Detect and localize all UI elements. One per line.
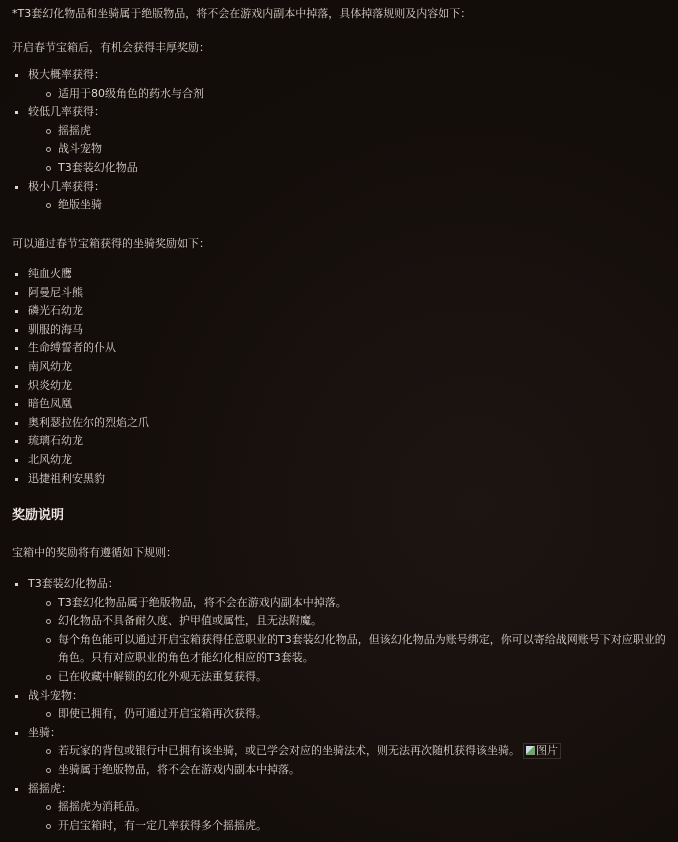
square-bullet-icon — [15, 292, 18, 295]
rule-group: T3套装幻化物品： T3套幻化物品属于绝版物品，将不会在游戏内副本中掉落。 幻化… — [12, 575, 672, 687]
mount-list: 纯血火鹰 阿曼尼斗熊 磷光石幼龙 驯服的海马 生命缚誓者的仆从 南风幼龙 炽炎幼… — [12, 265, 149, 488]
rule-item: 即使已拥有，仍可通过开启宝箱再次获得。 — [28, 705, 672, 724]
rule-item: 开启宝箱时，有一定几率获得多个摇摇虎。 — [28, 817, 672, 836]
rule-item: 坐骑属于绝版物品，将不会在游戏内副本中掉落。 — [28, 761, 672, 780]
mount-name: 琉璃石幼龙 — [28, 434, 83, 447]
broken-image-placeholder[interactable]: 图片 — [523, 743, 561, 759]
rule-item: 若玩家的背包或银行中已拥有该坐骑，或已学会对应的坐骑法术，则无法再次随机获得该坐… — [28, 742, 672, 761]
square-bullet-icon — [15, 478, 18, 481]
rule-group-label: 坐骑： — [28, 726, 61, 739]
mount-name: 磷光石幼龙 — [28, 304, 83, 317]
square-bullet-icon — [15, 366, 18, 369]
mount-item: 暗色凤凰 — [12, 395, 149, 414]
square-bullet-icon — [15, 788, 18, 791]
reward-item: 绝版坐骑 — [28, 196, 204, 215]
mount-name: 纯血火鹰 — [28, 267, 72, 280]
rules-list: T3套装幻化物品： T3套幻化物品属于绝版物品，将不会在游戏内副本中掉落。 幻化… — [12, 575, 672, 835]
rule-text: 已在收藏中解锁的幻化外观无法重复获得。 — [58, 670, 267, 683]
mount-name: 炽炎幼龙 — [28, 379, 72, 392]
mount-item: 炽炎幼龙 — [12, 377, 149, 396]
rule-item: 摇摇虎为消耗品。 — [28, 798, 672, 817]
square-bullet-icon — [15, 732, 18, 735]
square-bullet-icon — [15, 111, 18, 114]
square-bullet-icon — [15, 583, 18, 586]
open-chest-text: 开启春节宝箱后，有机会获得丰厚奖励： — [12, 39, 210, 57]
rule-group-label: T3套装幻化物品： — [28, 577, 119, 590]
rule-text: 每个角色能可以通过开启宝箱获得任意职业的T3套装幻化物品，但该幻化物品为账号绑定… — [58, 633, 666, 665]
square-bullet-icon — [15, 186, 18, 189]
circle-bullet-icon — [46, 824, 51, 829]
reward-item: 战斗宠物 — [28, 140, 204, 159]
mount-name: 阿曼尼斗熊 — [28, 286, 83, 299]
image-alt-text: 图片 — [536, 744, 558, 757]
square-bullet-icon — [15, 310, 18, 313]
reward-tier-list: 极大概率获得： 适用于80级角色的药水与合剂 较低几率获得： 摇摇虎 战斗宠物 … — [12, 66, 204, 215]
rule-text: 若玩家的背包或银行中已拥有该坐骑，或已学会对应的坐骑法术，则无法再次随机获得该坐… — [58, 744, 520, 757]
rule-group: 坐骑： 若玩家的背包或银行中已拥有该坐骑，或已学会对应的坐骑法术，则无法再次随机… — [12, 724, 672, 780]
mount-item: 北风幼龙 — [12, 451, 149, 470]
mount-name: 北风幼龙 — [28, 453, 72, 466]
circle-bullet-icon — [46, 92, 51, 97]
reward-tier-label: 较低几率获得： — [28, 105, 105, 118]
circle-bullet-icon — [46, 203, 51, 208]
reward-tier-label: 极大概率获得： — [28, 68, 105, 81]
mount-item: 驯服的海马 — [12, 321, 149, 340]
circle-bullet-icon — [46, 129, 51, 134]
circle-bullet-icon — [46, 675, 51, 680]
mount-name: 驯服的海马 — [28, 323, 83, 336]
rule-item: 每个角色能可以通过开启宝箱获得任意职业的T3套装幻化物品，但该幻化物品为账号绑定… — [28, 631, 672, 668]
broken-image-icon — [526, 746, 535, 755]
section-title: 奖励说明 — [12, 506, 64, 526]
reward-item-text: 战斗宠物 — [58, 142, 102, 155]
rule-group: 摇摇虎： 摇摇虎为消耗品。 开启宝箱时，有一定几率获得多个摇摇虎。 — [12, 780, 672, 836]
rule-text: T3套幻化物品属于绝版物品，将不会在游戏内副本中掉落。 — [58, 596, 347, 609]
square-bullet-icon — [15, 74, 18, 77]
reward-tier: 较低几率获得： 摇摇虎 战斗宠物 T3套装幻化物品 — [12, 103, 204, 177]
square-bullet-icon — [15, 422, 18, 425]
reward-tier-label: 极小几率获得： — [28, 180, 105, 193]
circle-bullet-icon — [46, 619, 51, 624]
rule-group: 战斗宠物： 即使已拥有，仍可通过开启宝箱再次获得。 — [12, 687, 672, 724]
rules-intro: 宝箱中的奖励将有遵循如下规则： — [12, 544, 177, 562]
rule-text: 即使已拥有，仍可通过开启宝箱再次获得。 — [58, 707, 267, 720]
reward-item: 摇摇虎 — [28, 122, 204, 141]
rule-item: T3套幻化物品属于绝版物品，将不会在游戏内副本中掉落。 — [28, 594, 672, 613]
rule-text: 摇摇虎为消耗品。 — [58, 800, 146, 813]
circle-bullet-icon — [46, 147, 51, 152]
mount-name: 南风幼龙 — [28, 360, 72, 373]
reward-item-text: T3套装幻化物品 — [58, 161, 138, 174]
circle-bullet-icon — [46, 712, 51, 717]
rule-item: 幻化物品不具备耐久度、护甲值或属性，且无法附魔。 — [28, 612, 672, 631]
rule-group-label: 战斗宠物： — [28, 689, 83, 702]
mount-name: 迅捷祖利安黑豹 — [28, 472, 105, 485]
square-bullet-icon — [15, 385, 18, 388]
mount-name: 奥利瑟拉佐尔的烈焰之爪 — [28, 416, 149, 429]
circle-bullet-icon — [46, 768, 51, 773]
square-bullet-icon — [15, 695, 18, 698]
mount-item: 阿曼尼斗熊 — [12, 284, 149, 303]
mount-item: 奥利瑟拉佐尔的烈焰之爪 — [12, 414, 149, 433]
reward-item-text: 适用于80级角色的药水与合剂 — [58, 87, 204, 100]
mount-name: 暗色凤凰 — [28, 397, 72, 410]
square-bullet-icon — [15, 329, 18, 332]
circle-bullet-icon — [46, 805, 51, 810]
reward-item: 适用于80级角色的药水与合剂 — [28, 85, 204, 104]
mount-item: 琉璃石幼龙 — [12, 432, 149, 451]
mount-item: 生命缚誓者的仆从 — [12, 339, 149, 358]
mount-item: 南风幼龙 — [12, 358, 149, 377]
mount-item: 磷光石幼龙 — [12, 302, 149, 321]
mounts-intro: 可以通过春节宝箱获得的坐骑奖励如下： — [12, 235, 210, 253]
rule-group-label: 摇摇虎： — [28, 782, 72, 795]
reward-item: T3套装幻化物品 — [28, 159, 204, 178]
circle-bullet-icon — [46, 166, 51, 171]
square-bullet-icon — [15, 347, 18, 350]
rule-text: 幻化物品不具备耐久度、护甲值或属性，且无法附魔。 — [58, 614, 322, 627]
reward-item-text: 摇摇虎 — [58, 124, 91, 137]
intro-note: *T3套幻化物品和坐骑属于绝版物品，将不会在游戏内副本中掉落，具体掉落规则及内容… — [12, 5, 471, 23]
rule-item: 已在收藏中解锁的幻化外观无法重复获得。 — [28, 668, 672, 687]
mount-item: 纯血火鹰 — [12, 265, 149, 284]
circle-bullet-icon — [46, 601, 51, 606]
mount-item: 迅捷祖利安黑豹 — [12, 470, 149, 489]
mount-name: 生命缚誓者的仆从 — [28, 341, 116, 354]
square-bullet-icon — [15, 273, 18, 276]
reward-item-text: 绝版坐骑 — [58, 198, 102, 211]
rule-text: 坐骑属于绝版物品，将不会在游戏内副本中掉落。 — [58, 763, 300, 776]
reward-tier: 极小几率获得： 绝版坐骑 — [12, 178, 204, 215]
rule-text: 开启宝箱时，有一定几率获得多个摇摇虎。 — [58, 819, 267, 832]
circle-bullet-icon — [46, 749, 51, 754]
square-bullet-icon — [15, 459, 18, 462]
square-bullet-icon — [15, 403, 18, 406]
square-bullet-icon — [15, 440, 18, 443]
circle-bullet-icon — [46, 638, 51, 643]
reward-tier: 极大概率获得： 适用于80级角色的药水与合剂 — [12, 66, 204, 103]
